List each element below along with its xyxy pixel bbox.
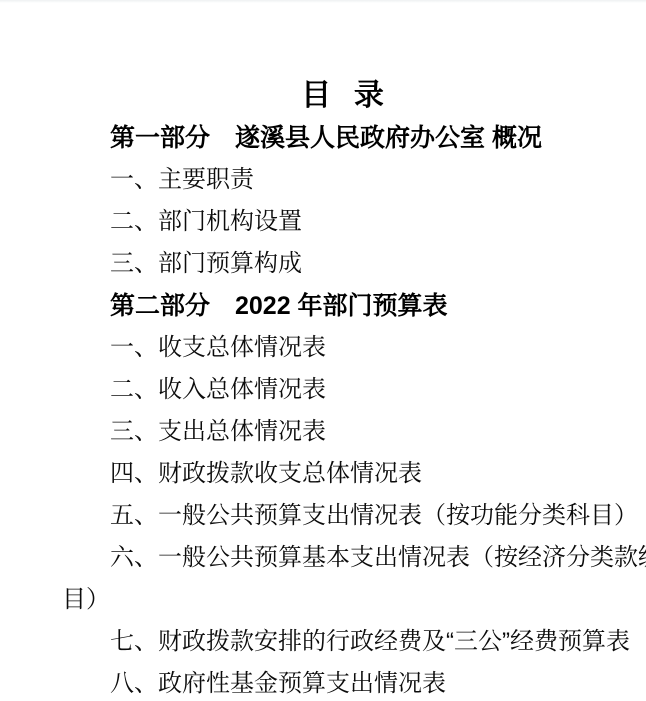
document-page: 目 录 第一部分 遂溪县人民政府办公室 概况 一、主要职责 二、部门机构设置 三… [0, 0, 646, 701]
toc-item-public-budget-basic-expense-line1: 六、一般公共预算基本支出情况表（按经济分类款级科 [62, 537, 625, 579]
toc-item-budget-composition: 三、部门预算构成 [62, 243, 625, 285]
toc-item-fiscal-appropriation-overview: 四、财政拨款收支总体情况表 [62, 453, 625, 495]
toc-item-expense-overview: 三、支出总体情况表 [62, 411, 625, 453]
toc-item-main-duties: 一、主要职责 [62, 159, 625, 201]
page-title: 目 录 [62, 75, 625, 117]
toc-item-public-budget-basic-expense-line2: 目） [62, 579, 625, 621]
toc-section-heading-part2: 第二部分 2022 年部门预算表 [62, 285, 625, 327]
toc-content: 目 录 第一部分 遂溪县人民政府办公室 概况 一、主要职责 二、部门机构设置 三… [0, 0, 646, 701]
toc-item-org-structure: 二、部门机构设置 [62, 201, 625, 243]
toc-item-admin-three-public-funds: 七、财政拨款安排的行政经费及“三公”经费预算表 [62, 621, 625, 663]
toc-item-income-expense-overview: 一、收支总体情况表 [62, 327, 625, 369]
page-top-edge [0, 0, 646, 3]
toc-item-government-fund-expense: 八、政府性基金预算支出情况表 [62, 663, 625, 701]
toc-section-heading-part1: 第一部分 遂溪县人民政府办公室 概况 [62, 117, 625, 159]
toc-item-public-budget-expense: 五、一般公共预算支出情况表（按功能分类科目） [62, 495, 625, 537]
toc-item-income-overview: 二、收入总体情况表 [62, 369, 625, 411]
